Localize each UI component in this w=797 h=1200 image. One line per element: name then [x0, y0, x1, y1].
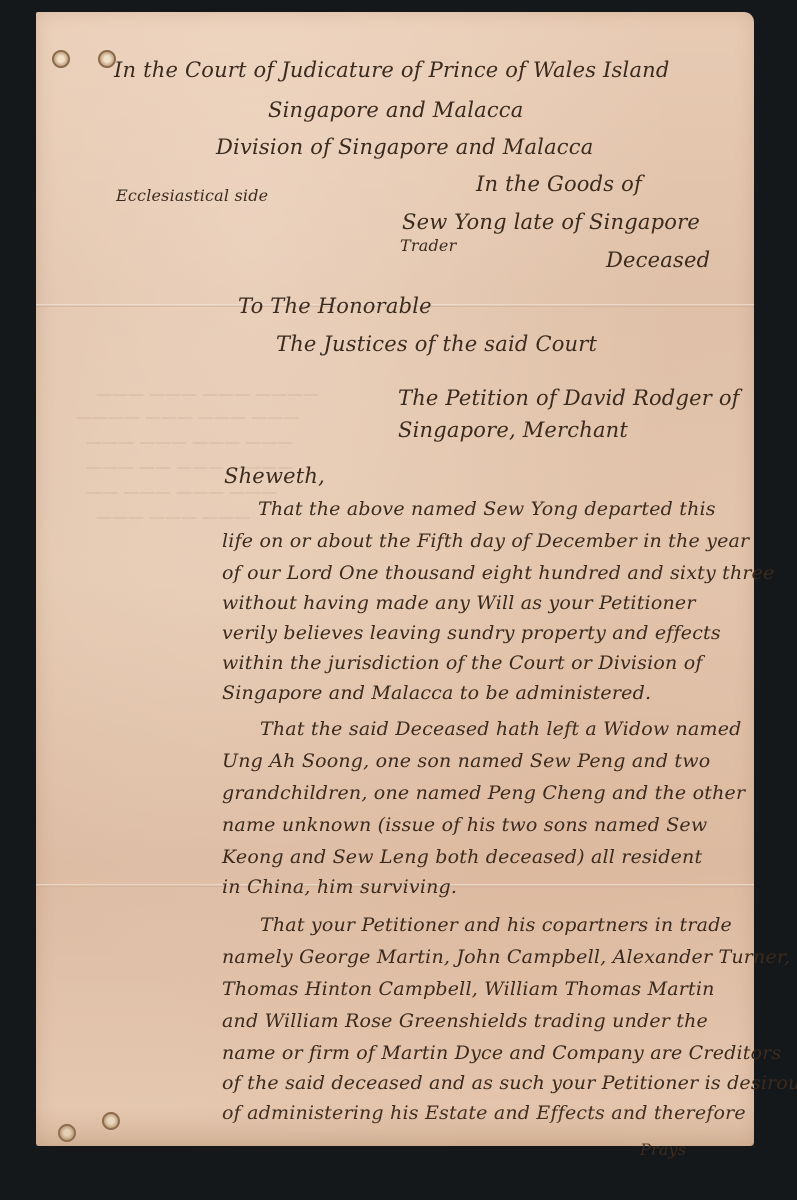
paragraph-line: verily believes leaving sundry property …	[222, 624, 721, 643]
punch-hole-icon	[58, 1124, 76, 1142]
court-subtitle: Singapore and Malacca	[268, 100, 523, 121]
paragraph-line: name or firm of Martin Dyce and Company …	[222, 1044, 782, 1063]
deceased-label: Deceased	[606, 250, 710, 271]
bleed-through-text: ——— ——— ——— ———	[86, 432, 293, 451]
side-label: Ecclesiastical side	[116, 188, 268, 204]
bleed-through-text: ——— ——— ———	[96, 507, 250, 526]
deceased-name-line: Sew Yong late of Singapore	[402, 212, 700, 233]
punch-hole-icon	[102, 1112, 120, 1130]
paragraph-line: name unknown (issue of his two sons name…	[222, 816, 707, 835]
paragraph-line: and William Rose Greenshields trading un…	[222, 1012, 708, 1031]
paragraph-line: life on or about the Fifth day of Decemb…	[222, 532, 749, 551]
document-viewer: ———— ——— ——— ——— ——— ——— ——— ———— ——— ——…	[0, 0, 797, 1200]
paragraph-line: within the jurisdiction of the Court or …	[222, 654, 703, 673]
paragraph-line: Thomas Hinton Campbell, William Thomas M…	[222, 980, 715, 999]
petitioner-line-2: Singapore, Merchant	[398, 420, 628, 441]
paragraph-line: namely George Martin, John Campbell, Ale…	[222, 948, 790, 967]
paragraph-line: That your Petitioner and his copartners …	[260, 916, 732, 935]
paragraph-line: without having made any Will as your Pet…	[222, 594, 696, 613]
paragraph-line: That the said Deceased hath left a Widow…	[260, 720, 742, 739]
goods-of-line: In the Goods of	[476, 174, 642, 195]
paragraph-line: of our Lord One thousand eight hundred a…	[222, 564, 775, 583]
paragraph-line: Singapore and Malacca to be administered…	[222, 684, 651, 703]
manuscript-page: ———— ——— ——— ——— ——— ——— ——— ———— ——— ——…	[36, 12, 754, 1146]
address-line-1: To The Honorable	[238, 296, 432, 317]
paragraph-line: That the above named Sew Yong departed t…	[258, 500, 716, 519]
paragraph-line: Keong and Sew Leng both deceased) all re…	[222, 848, 702, 867]
petitioner-line-1: The Petition of David Rodger of	[398, 388, 740, 409]
punch-hole-icon	[52, 50, 70, 68]
sheweth-label: Sheweth,	[224, 466, 325, 487]
paragraph-line: grandchildren, one named Peng Cheng and …	[222, 784, 745, 803]
paragraph-line: of the said deceased and as such your Pe…	[222, 1074, 797, 1093]
paragraph-line: Ung Ah Soong, one son named Sew Peng and…	[222, 752, 710, 771]
paragraph-line: of administering his Estate and Effects …	[222, 1104, 746, 1123]
court-division: Division of Singapore and Malacca	[216, 137, 593, 158]
court-title: In the Court of Judicature of Prince of …	[114, 60, 670, 81]
bleed-through-text: ——— ——— ——— ————	[76, 407, 299, 426]
occupation-line: Trader	[400, 238, 456, 254]
address-line-2: The Justices of the said Court	[276, 334, 597, 355]
bleed-through-text: ———— ——— ——— ———	[96, 384, 319, 403]
catchword: Prays	[640, 1142, 686, 1158]
paragraph-line: in China, him surviving.	[222, 878, 457, 897]
